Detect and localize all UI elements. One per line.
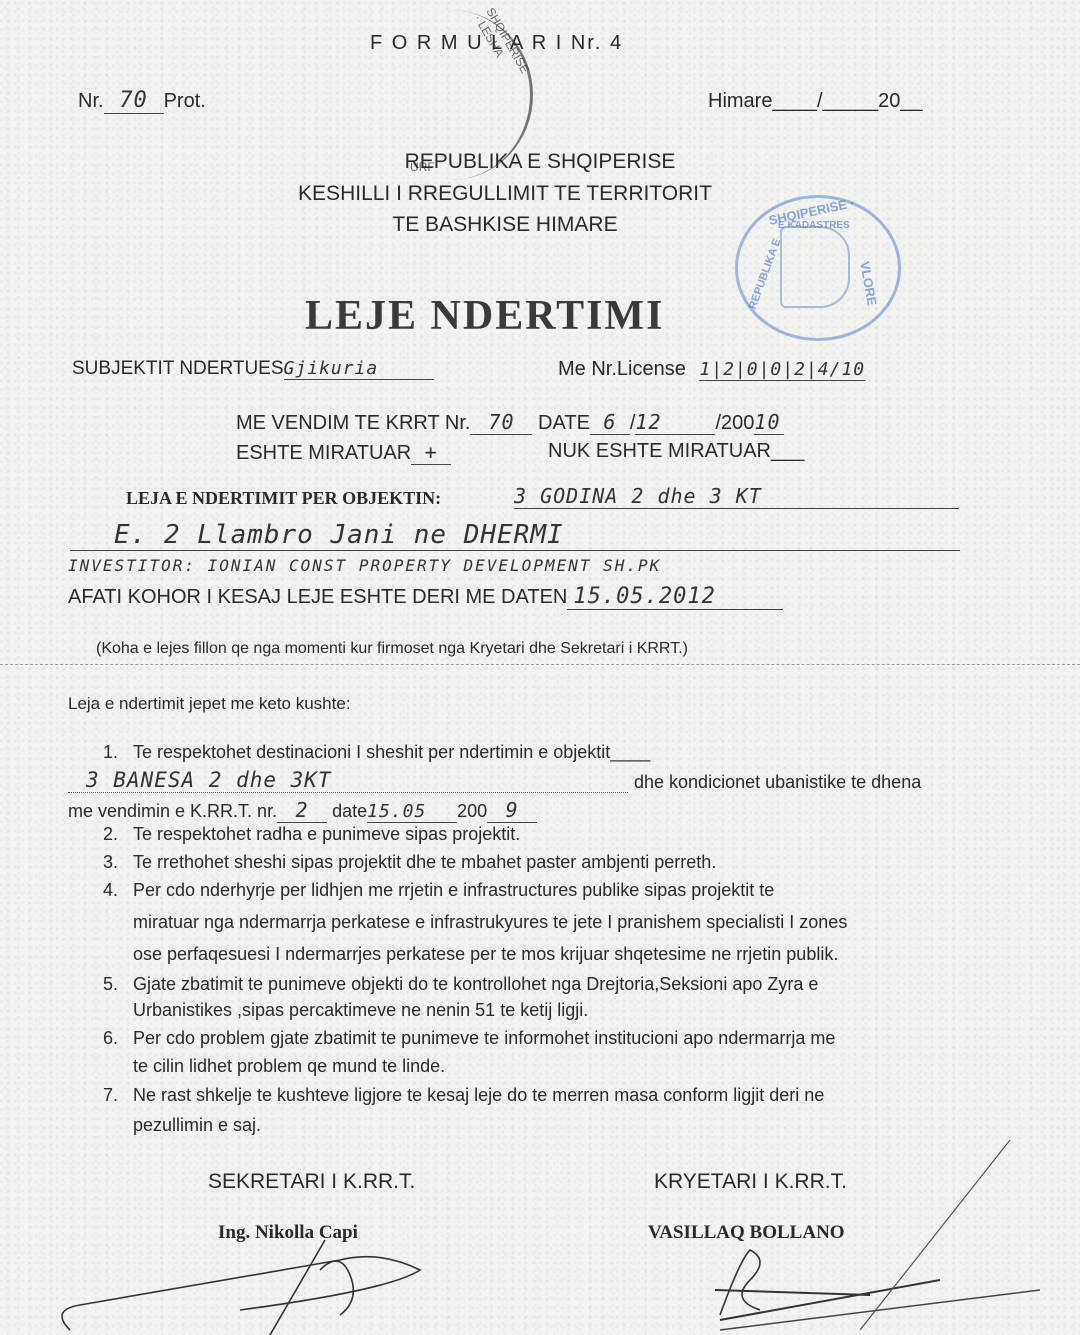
- protocol-number: Nr.70Prot.: [78, 88, 206, 114]
- institution-line3: TE BASHKISE HIMARE: [0, 213, 1010, 237]
- condition-number: 1.: [103, 742, 133, 763]
- condition-number: 6.: [103, 1028, 133, 1049]
- condition-text: Te respektohet radha e punimeve sipas pr…: [133, 824, 520, 844]
- decision-date-month: 12: [635, 410, 715, 435]
- protocol-prefix: Nr.: [78, 90, 104, 112]
- condition-1-year-prefix: 200: [457, 801, 487, 821]
- object-label: LEJA E NDERTIMIT PER OBJEKTIN:: [126, 488, 441, 509]
- place-date: Himare____/_____20__: [708, 90, 923, 113]
- object-value-line3: INVESTITOR: IONIAN CONST PROPERTY DEVELO…: [68, 556, 661, 575]
- decision-date-year: 10: [754, 410, 784, 435]
- document-title: LEJE NDERTIMI: [305, 292, 664, 340]
- protocol-suffix: Prot.: [164, 90, 206, 112]
- condition-number: 2.: [103, 824, 133, 845]
- deadline-value: 15.05.2012: [567, 584, 783, 610]
- license-field: Me Nr.License 1|2|0|0|2|4/10: [558, 358, 865, 381]
- condition-number: 4.: [103, 880, 133, 901]
- form-title: F O R M U L A R I Nr. 4: [370, 32, 623, 55]
- condition-text: Gjate zbatimit te punimeve objekti do te…: [133, 974, 818, 994]
- subject-label: SUBJEKTIT NDERTUES: [72, 358, 284, 379]
- condition-6: 6.Per cdo problem gjate zbatimit te puni…: [103, 1028, 835, 1049]
- not-approved-label: NUK ESHTE MIRATUAR___: [548, 440, 804, 463]
- condition-text: Te respektohet destinacioni I sheshit pe…: [133, 742, 650, 762]
- secretary-signature: [40, 1230, 440, 1335]
- deadline-field: AFATI KOHOR I KESAJ LEJE ESHTE DERI ME D…: [68, 584, 783, 610]
- stamp-text: VLORE: [857, 260, 880, 307]
- stamp-text: REPUBLIKA E: [747, 237, 784, 311]
- condition-2: 2.Te respektohet radha e punimeve sipas …: [103, 824, 520, 845]
- condition-text: Ne rast shkelje te kushteve ligjore te k…: [133, 1085, 824, 1105]
- approved-mark: +: [411, 440, 451, 465]
- decision-date-day: 6: [590, 410, 630, 435]
- decision-field: ME VENDIM TE KRRT Nr.70 DATE6/12/20010: [236, 410, 784, 435]
- condition-text: Per cdo problem gjate zbatimit te punime…: [133, 1028, 835, 1048]
- condition-1-date: 15.05: [367, 801, 457, 823]
- condition-number: 7.: [103, 1085, 133, 1106]
- object-value-line1: 3 GODINA 2 dhe 3 KT: [514, 484, 959, 509]
- condition-5-line2: Urbanistikes ,sipas percaktimeve ne neni…: [133, 1000, 588, 1021]
- condition-1-prefix: me vendimin e K.RR.T. nr.: [68, 801, 277, 821]
- decision-number: 70: [470, 410, 532, 435]
- chair-signature: [620, 1140, 1040, 1335]
- condition-7-line2: pezullimin e saj.: [133, 1115, 261, 1136]
- object-value-line2: E. 2 Llambro Jani ne DHERMI: [70, 520, 960, 551]
- institution-line2: KESHILLI I RREGULLIMIT TE TERRITORIT: [0, 182, 1010, 206]
- license-label: Me Nr.License: [558, 358, 686, 380]
- subject-field: SUBJEKTIT NDERTUESGjikuria: [72, 358, 434, 380]
- condition-text: Te rrethohet sheshi sipas projektit dhe …: [133, 852, 716, 872]
- condition-7: 7.Ne rast shkelje te kushteve ligjore te…: [103, 1085, 824, 1106]
- condition-1-date-label: date: [332, 801, 367, 821]
- emblem-icon: [780, 226, 850, 308]
- protocol-value: 70: [104, 88, 164, 114]
- conditions-intro: Leja e ndertimit jepet me keto kushte:: [68, 694, 351, 714]
- condition-1-decision: me vendimin e K.RR.T. nr.2 date15.052009: [68, 798, 537, 823]
- condition-number: 5.: [103, 974, 133, 995]
- condition-3: 3.Te rrethohet sheshi sipas projektit dh…: [103, 852, 716, 873]
- institution-line1: REPUBLIKA E SHQIPERISE: [0, 150, 1080, 174]
- condition-4: 4.Per cdo nderhyrje per lidhjen me rrjet…: [103, 880, 774, 901]
- decision-date-year-prefix: /200: [715, 412, 754, 434]
- approved-label: ESHTE MIRATUAR: [236, 442, 411, 464]
- condition-5: 5.Gjate zbatimit te punimeve objekti do …: [103, 974, 818, 995]
- condition-4-line3: ose perfaqesuesi I ndermarrjes perkatese…: [133, 944, 838, 965]
- license-value: 1|2|0|0|2|4/10: [699, 359, 865, 381]
- deadline-label: AFATI KOHOR I KESAJ LEJE ESHTE DERI ME D…: [68, 586, 567, 608]
- condition-text: Per cdo nderhyrje per lidhjen me rrjetin…: [133, 880, 774, 900]
- condition-1-nr: 2: [277, 798, 327, 823]
- decision-date-label: DATE: [538, 412, 590, 434]
- condition-4-line2: miratuar nga ndermarrja perkatese e infr…: [133, 912, 847, 933]
- secretary-title: SEKRETARI I K.RR.T.: [208, 1170, 415, 1194]
- condition-1-cont: dhe kondicionet ubanistike te dhena: [634, 772, 921, 793]
- condition-number: 3.: [103, 852, 133, 873]
- condition-1: 1.Te respektohet destinacioni I sheshit …: [103, 742, 650, 763]
- decision-label: ME VENDIM TE KRRT Nr.: [236, 412, 470, 434]
- condition-1-value: 3 BANESA 2 dhe 3KT: [68, 768, 628, 793]
- condition-6-line2: te cilin lidhet problem qe mund te linde…: [133, 1056, 445, 1077]
- condition-1-year: 9: [487, 798, 537, 823]
- divider: [0, 664, 1080, 665]
- validity-note: (Koha e lejes fillon qe nga momenti kur …: [96, 640, 688, 658]
- subject-value: Gjikuria: [284, 358, 434, 380]
- approval-field: ESHTE MIRATUAR+: [236, 440, 451, 465]
